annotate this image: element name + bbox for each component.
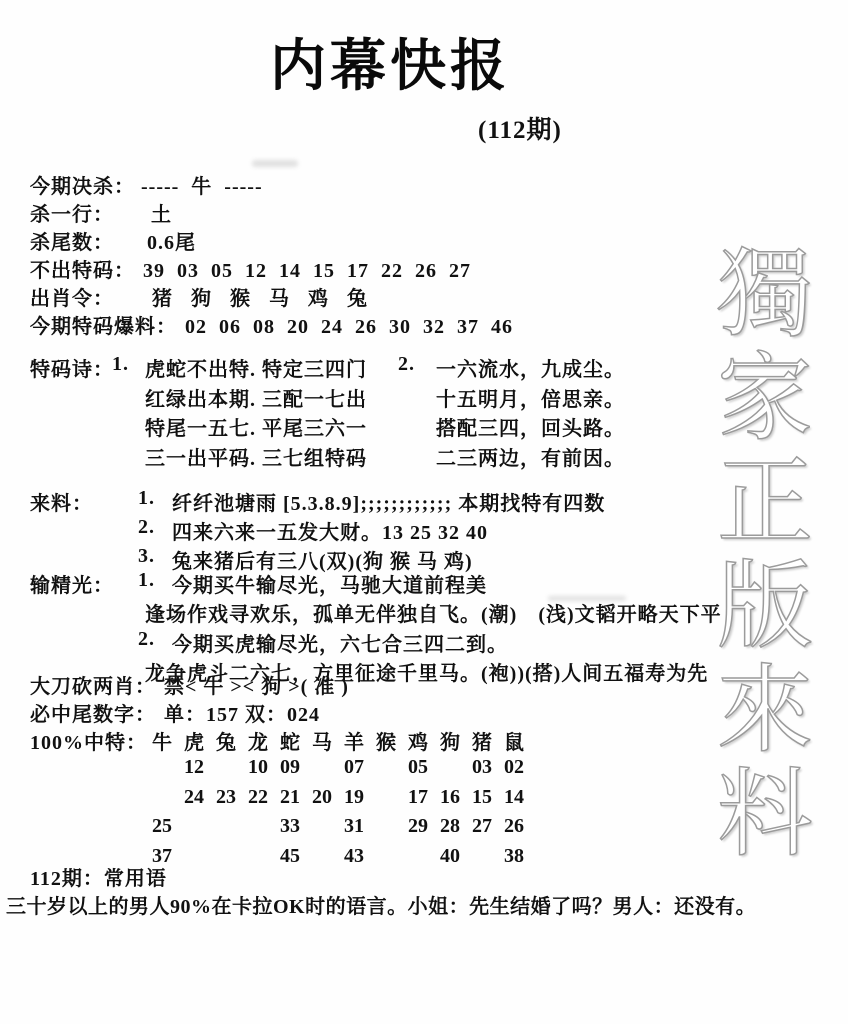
tip-row: 2. 四来六来一五发大财。13 25 32 40 xyxy=(0,516,760,545)
poem-number-2: 2. xyxy=(398,353,415,376)
kill-info-block: 今期决杀：----- 牛 ----- 杀一行：土 杀尾数：0.6尾 不出特码：3… xyxy=(30,170,513,338)
issue-number: (112期) xyxy=(478,110,562,146)
hundred-percent-label: 100%中特： xyxy=(30,726,147,755)
verse-text: 今期买虎输尽光，六七合三四二到。 xyxy=(172,628,508,657)
number-cell: 21 xyxy=(274,786,306,816)
number-cell: 28 xyxy=(434,815,466,845)
zodiac-header-row: 牛 虎 兔 龙 蛇 马 羊 猴 鸡 狗 猪 鼠 xyxy=(146,726,530,755)
number-cell: 45 xyxy=(274,845,306,875)
number-cell xyxy=(306,756,338,786)
watermark-char: 來 xyxy=(700,661,830,765)
number-cell: 17 xyxy=(402,786,434,816)
number-cell xyxy=(146,756,178,786)
line-value: 猪 狗 猴 马 鸡 兔 xyxy=(152,288,368,310)
line-label: 杀一行： xyxy=(30,204,114,226)
line-label: 杀尾数： xyxy=(30,232,114,254)
watermark-char: 版 xyxy=(700,557,830,661)
zodiac-header-cell: 羊 xyxy=(338,726,370,755)
poem-row: 特码诗： 1. 虎蛇不出特. 特定三四门 2. 一六流水，九成尘。 xyxy=(0,353,700,383)
poem-row: 特尾一五七. 平尾三六一 搭配三四，回头路。 xyxy=(0,412,700,442)
line-label: 今期特码爆料： xyxy=(30,316,177,338)
line-value: 02 06 08 20 24 26 30 32 37 46 xyxy=(185,316,513,338)
poem-row: 红绿出本期. 三配一七出 十五明月，倍思亲。 xyxy=(0,383,700,413)
number-cell: 14 xyxy=(498,786,530,816)
special-code-poem: 特码诗： 1. 虎蛇不出特. 特定三四门 2. 一六流水，九成尘。 红绿出本期.… xyxy=(0,353,700,471)
number-cell: 43 xyxy=(338,845,370,875)
number-cell: 12 xyxy=(178,756,210,786)
number-cell xyxy=(178,815,210,845)
zodiac-header-cell: 鼠 xyxy=(498,726,530,755)
tips-label: 来料： xyxy=(30,487,93,516)
line-label: 出肖令： xyxy=(30,288,114,310)
number-cell: 24 xyxy=(178,786,210,816)
watermark-char: 料 xyxy=(700,765,830,869)
poem-line: 虎蛇不出特. 特定三四门 xyxy=(145,353,367,382)
number-cell: 27 xyxy=(466,815,498,845)
lose-all-block: 输精光： 1. 今期买牛输尽光，马驰大道前程美 逢场作戏寻欢乐，孤单无伴独自飞。… xyxy=(0,569,780,686)
number-cell: 26 xyxy=(498,815,530,845)
poem-line: 特尾一五七. 平尾三六一 xyxy=(145,412,367,441)
zodiac-header-cell: 牛 xyxy=(146,726,178,755)
zodiac-header-cell: 兔 xyxy=(210,726,242,755)
line-value: 0.6尾 xyxy=(147,232,196,254)
number-cell: 16 xyxy=(434,786,466,816)
line-label: 必中尾数字： xyxy=(30,704,156,726)
number-cell: 38 xyxy=(498,845,530,875)
line-value: ----- 牛 ----- xyxy=(141,176,263,198)
number-cell: 20 xyxy=(306,786,338,816)
line-zodiac-order: 出肖令：猪 狗 猴 马 鸡 兔 xyxy=(30,282,513,310)
number-cell: 03 xyxy=(466,756,498,786)
number-cell xyxy=(370,815,402,845)
number-cell xyxy=(210,815,242,845)
must-hit-tail-line: 必中尾数字：单：157 双：024 xyxy=(30,698,320,727)
line-label: 今期决杀： xyxy=(30,176,135,198)
verse-text: 今期买牛输尽光，马驰大道前程美 xyxy=(172,569,487,598)
tip-text: 纤纤池塘雨 [5.3.8.9];;;;;;;;;;;; 本期找特有四数 xyxy=(172,487,605,516)
poem-line: 二三两边，有前因。 xyxy=(436,442,625,471)
number-cell xyxy=(306,845,338,875)
line-excluded-numbers: 不出特码：39 03 05 12 14 15 17 22 26 27 xyxy=(30,254,513,282)
tip-number: 3. xyxy=(138,545,155,568)
tip-row: 来料： 1. 纤纤池塘雨 [5.3.8.9];;;;;;;;;;;; 本期找特有… xyxy=(0,487,760,516)
zodiac-header-cell: 猴 xyxy=(370,726,402,755)
line-kill-zodiac: 今期决杀：----- 牛 ----- xyxy=(30,170,513,198)
watermark-char: 家 xyxy=(700,349,830,453)
tip-number: 1. xyxy=(138,487,155,510)
poem-line: 一六流水，九成尘。 xyxy=(436,353,625,382)
number-cell: 09 xyxy=(274,756,306,786)
watermark-char: 正 xyxy=(700,453,830,557)
lose-all-label: 输精光： xyxy=(30,569,114,598)
number-cell: 23 xyxy=(210,786,242,816)
number-cell xyxy=(242,845,274,875)
number-cell: 05 xyxy=(402,756,434,786)
number-cell xyxy=(434,756,466,786)
line-value: 39 03 05 12 14 15 17 22 26 27 xyxy=(143,260,471,282)
incoming-tips-block: 来料： 1. 纤纤池塘雨 [5.3.8.9];;;;;;;;;;;; 本期找特有… xyxy=(0,487,760,574)
poem-row: 三一出平码. 三七组特码 二三两边，有前因。 xyxy=(0,442,700,472)
line-hot-numbers: 今期特码爆料：02 06 08 20 24 26 30 32 37 46 xyxy=(30,310,513,338)
number-cell xyxy=(146,786,178,816)
number-cell xyxy=(370,845,402,875)
number-cell xyxy=(370,756,402,786)
number-cell: 31 xyxy=(338,815,370,845)
joke-line: 三十岁以上的男人90%在卡拉OK时的语言。小姐：先生结婚了吗？男人：还没有。 xyxy=(6,890,756,919)
number-cell: 22 xyxy=(242,786,274,816)
knife-two-zodiac-line: 大刀砍两肖：禁< 牛 >< 狗 >( 准 ) xyxy=(30,670,349,699)
lose-all-row: 逢场作戏寻欢乐，孤单无伴独自飞。(潮) (浅)文韬开略天下平 xyxy=(0,598,780,627)
tip-number: 2. xyxy=(138,516,155,539)
number-cell: 07 xyxy=(338,756,370,786)
line-value: 土 xyxy=(151,204,172,226)
number-cell xyxy=(466,845,498,875)
number-cell xyxy=(370,786,402,816)
line-value: 单：157 双：024 xyxy=(164,704,320,726)
poem-line: 十五明月，倍思亲。 xyxy=(436,383,625,412)
number-cell: 25 xyxy=(146,815,178,845)
zodiac-header-cell: 猪 xyxy=(466,726,498,755)
number-cell xyxy=(402,845,434,875)
scan-smudge xyxy=(252,160,298,167)
line-kill-tail: 杀尾数：0.6尾 xyxy=(30,226,513,254)
tip-sheet-page: 内幕快报 (112期) 今期决杀：----- 牛 ----- 杀一行：土 杀尾数… xyxy=(0,0,848,1024)
poem-number-1: 1. xyxy=(112,353,129,376)
number-cell: 19 xyxy=(338,786,370,816)
zodiac-header-cell: 蛇 xyxy=(274,726,306,755)
lose-all-row: 2. 今期买虎输尽光，六七合三四二到。 xyxy=(0,628,780,657)
tip-text: 四来六来一五发大财。13 25 32 40 xyxy=(172,516,488,545)
number-cell xyxy=(178,845,210,875)
line-label: 大刀砍两肖： xyxy=(30,676,156,698)
watermark-exclusive-genuine: 獨 家 正 版 來 料 xyxy=(700,245,830,869)
zodiac-header-cell: 狗 xyxy=(434,726,466,755)
poem-line: 红绿出本期. 三配一七出 xyxy=(145,383,367,412)
zodiac-number-grid: 12 10 09 07 05 03 02 24 23 22 21 20 19 1… xyxy=(146,756,530,874)
zodiac-header-cell: 马 xyxy=(306,726,338,755)
zodiac-header-cell: 鸡 xyxy=(402,726,434,755)
verse-number: 1. xyxy=(138,569,155,592)
verse-text: 逢场作戏寻欢乐，孤单无伴独自飞。(潮) (浅)文韬开略天下平 xyxy=(145,598,722,627)
line-value: 禁< 牛 >< 狗 >( 准 ) xyxy=(164,676,349,698)
line-kill-element: 杀一行：土 xyxy=(30,198,513,226)
poem-line: 三一出平码. 三七组特码 xyxy=(145,442,367,471)
zodiac-header-cell: 龙 xyxy=(242,726,274,755)
number-cell: 10 xyxy=(242,756,274,786)
lose-all-row: 输精光： 1. 今期买牛输尽光，马驰大道前程美 xyxy=(0,569,780,598)
poem-label: 特码诗： xyxy=(30,353,114,382)
number-cell: 40 xyxy=(434,845,466,875)
line-label: 不出特码： xyxy=(30,260,135,282)
zodiac-header-cell: 虎 xyxy=(178,726,210,755)
number-cell xyxy=(210,845,242,875)
watermark-char: 獨 xyxy=(700,245,830,349)
number-cell: 29 xyxy=(402,815,434,845)
page-title: 内幕快报 xyxy=(0,22,780,102)
poem-line: 搭配三四，回头路。 xyxy=(436,412,625,441)
number-cell: 33 xyxy=(274,815,306,845)
number-cell xyxy=(306,815,338,845)
number-cell: 02 xyxy=(498,756,530,786)
verse-number: 2. xyxy=(138,628,155,651)
issue-phrase-label: 112期：常用语 xyxy=(30,862,167,891)
number-cell: 15 xyxy=(466,786,498,816)
number-cell xyxy=(242,815,274,845)
number-cell xyxy=(210,756,242,786)
